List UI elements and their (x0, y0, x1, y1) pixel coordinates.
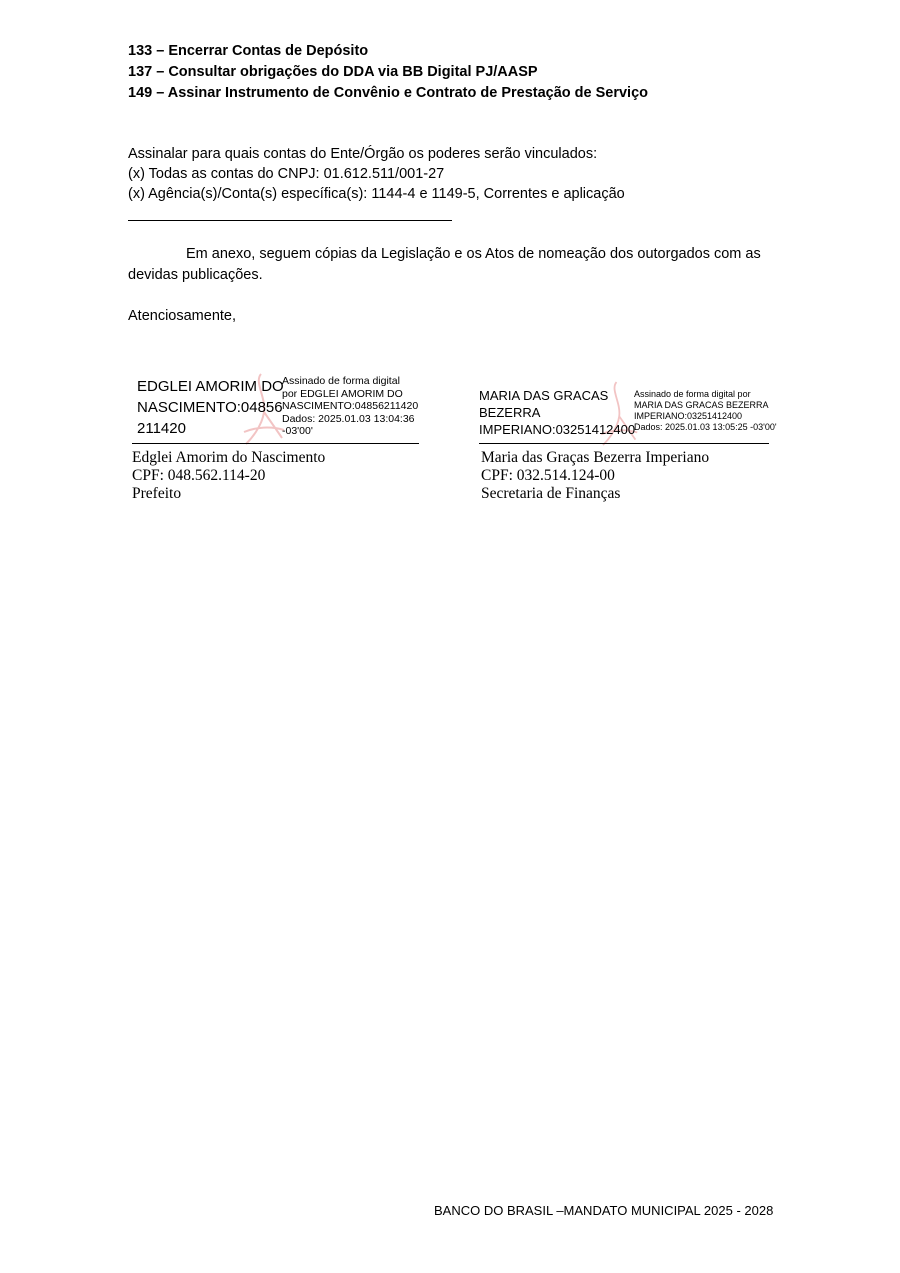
blank-line-divider (128, 220, 452, 221)
digital-stamp-name: MARIA DAS GRACAS BEZERRA IMPERIANO:03251… (479, 387, 635, 438)
body-paragraph-line2: devidas publicações. (128, 265, 263, 286)
signer-name: Edglei Amorim do Nascimento (132, 449, 325, 468)
digital-stamp-name: EDGLEI AMORIM DO NASCIMENTO:04856 211420 (137, 376, 284, 439)
power-item-133: 133 – Encerrar Contas de Depósito (128, 41, 368, 62)
body-paragraph-line1: Em anexo, seguem cópias da Legislação e … (186, 244, 761, 265)
closing-text: Atenciosamente, (128, 306, 236, 327)
power-item-149: 149 – Assinar Instrumento de Convênio e … (128, 83, 648, 104)
digital-stamp-meta: Assinado de forma digital por MARIA DAS … (634, 389, 777, 433)
signer-name: Maria das Graças Bezerra Imperiano (481, 449, 709, 468)
accounts-option-specific: (x) Agência(s)/Conta(s) específica(s): 1… (128, 184, 625, 205)
accounts-option-all: (x) Todas as contas do CNPJ: 01.612.511/… (128, 164, 444, 185)
digital-stamp-meta: Assinado de forma digital por EDGLEI AMO… (282, 375, 418, 438)
signer-role: Secretaria de Finanças (481, 485, 620, 504)
signature-line (132, 443, 419, 444)
power-item-137: 137 – Consultar obrigações do DDA via BB… (128, 62, 538, 83)
signer-role: Prefeito (132, 485, 181, 504)
accounts-instruction: Assinalar para quais contas do Ente/Órgã… (128, 144, 597, 165)
signer-cpf: CPF: 048.562.114-20 (132, 467, 265, 486)
page-footer: BANCO DO BRASIL –MANDATO MUNICIPAL 2025 … (434, 1202, 773, 1220)
signer-cpf: CPF: 032.514.124-00 (481, 467, 615, 486)
signature-line (479, 443, 769, 444)
